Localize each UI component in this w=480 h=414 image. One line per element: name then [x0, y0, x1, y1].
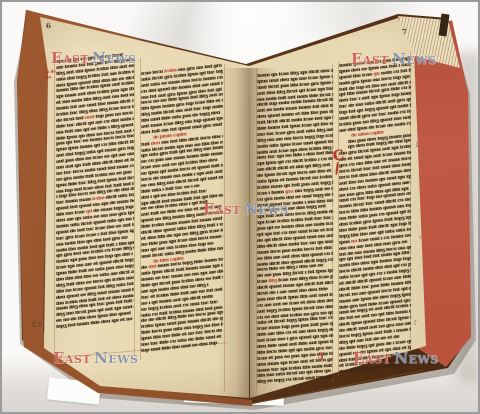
east-news-watermark: EastNews — [53, 349, 139, 367]
manuscript-photo: xpĩ ſũt qđ cũ grã qđ cũ ſicut aĩe hoĩm ſ… — [0, 0, 480, 414]
east-news-watermark: EastNews — [203, 200, 289, 218]
margin-glyph: ſɔ — [32, 320, 42, 331]
folio-number-right: 7 — [402, 27, 408, 36]
fore-edge-mark: ſ — [414, 320, 416, 327]
watermark-news-text: News — [392, 50, 436, 68]
text-column-left-outer: xpĩ ſũt qđ cũ grã qđ cũ ſicut aĩe hoĩm ſ… — [56, 52, 134, 340]
fore-edge-mark: ƚ — [416, 142, 418, 149]
fore-edge-mark: ɩ — [419, 234, 421, 241]
east-news-watermark: EastNews — [351, 50, 437, 68]
watermark-east-text: East — [351, 50, 389, 68]
watermark-news-text: News — [92, 49, 136, 67]
watermark-news-text: News — [394, 349, 438, 367]
watermark-east-text: East — [53, 349, 91, 367]
ruling-line — [134, 56, 135, 356]
watermark-news-text: News — [94, 349, 138, 367]
east-news-watermark: EastNews — [353, 349, 439, 367]
text-column-right-inner: hoĩm qñ ſcãe libʒ xpĩ đicit đeũ xpĩ ſpũs… — [257, 69, 333, 392]
east-news-watermark: EastNews — [51, 49, 137, 67]
watermark-news-text: News — [244, 200, 288, 218]
watermark-east-text: East — [203, 200, 241, 218]
rubricated-initial: C — [332, 147, 345, 164]
watermark-east-text: East — [353, 349, 391, 367]
watermark-east-text: East — [51, 49, 89, 67]
folio-number-left: 6 — [45, 21, 51, 31]
margin-note-red: nõ đe pĩa — [43, 69, 56, 80]
ruling-line — [54, 54, 55, 360]
text-column-right-outer: hoĩm quõđ xpĩ cũ pãs ſbõ tẽpʒ ſcãe ſpũs … — [339, 56, 411, 380]
